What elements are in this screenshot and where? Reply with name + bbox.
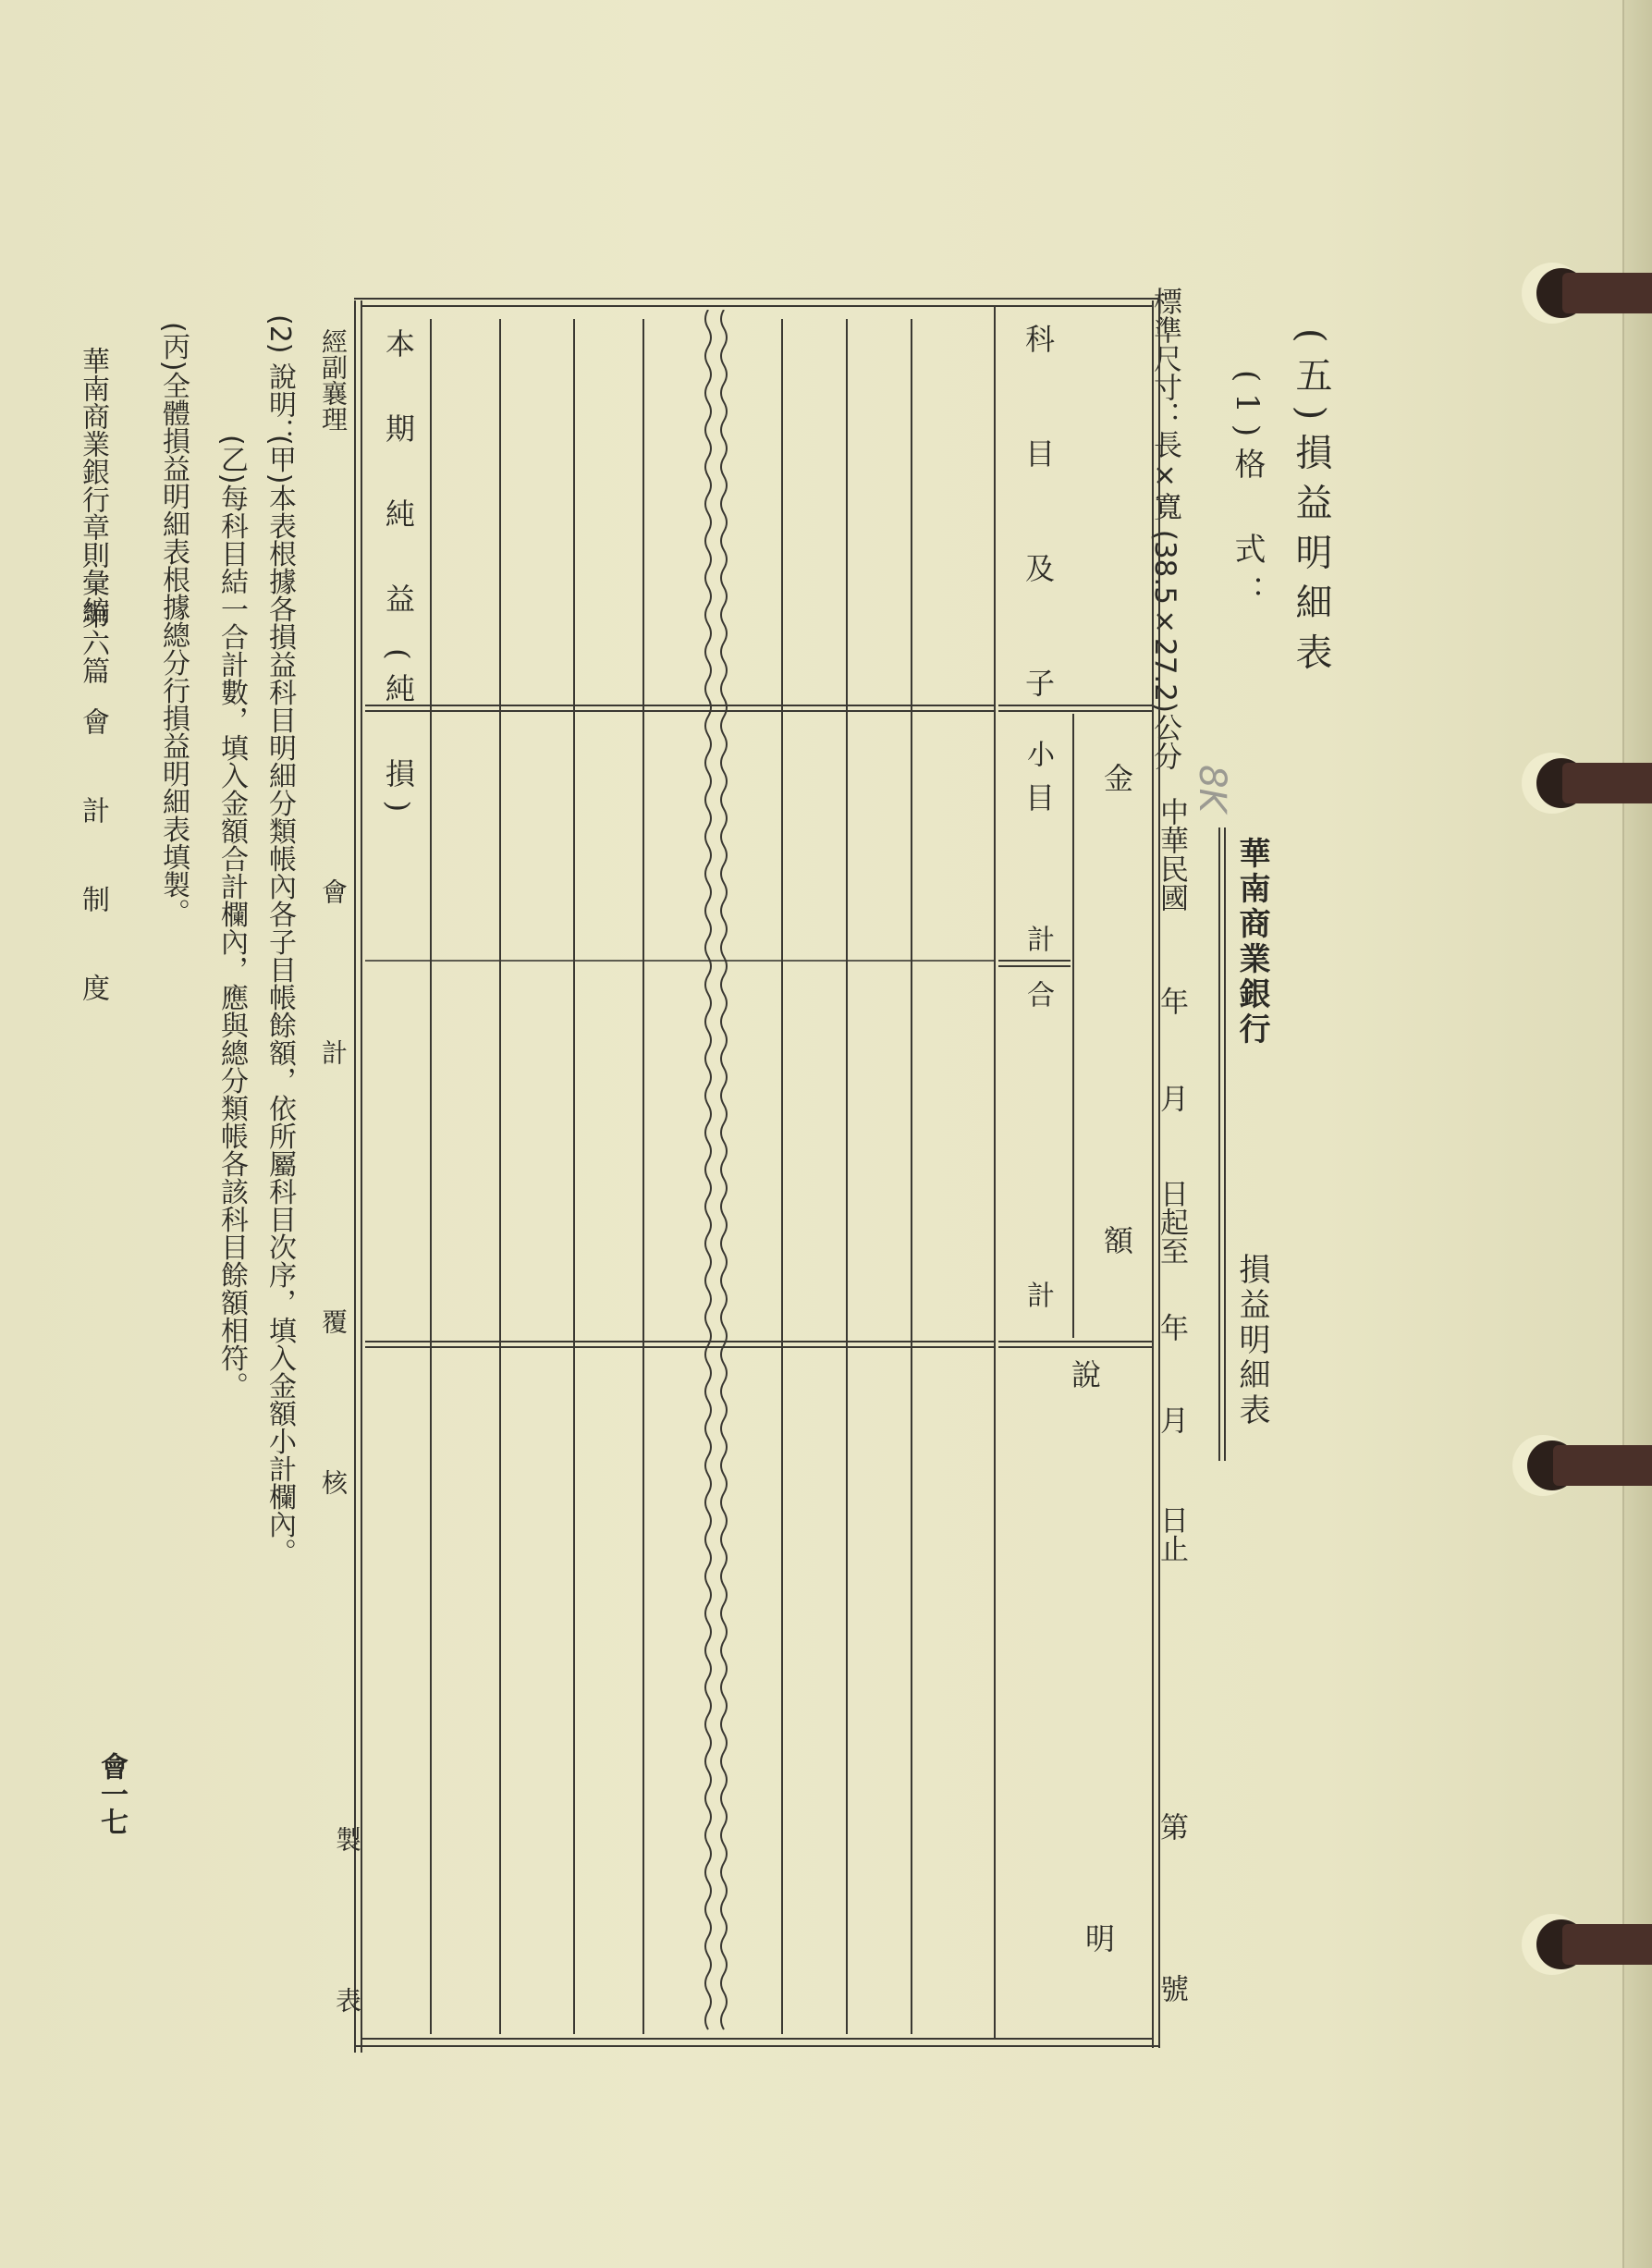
column-header-subtotal: 計	[1017, 925, 1058, 952]
title-underline	[1224, 828, 1226, 1461]
column-header-remarks: 明	[1077, 1923, 1120, 1953]
standard-size-label: 標準尺寸：長×寬 (38.5×27.2)公分	[1144, 287, 1186, 770]
column-header-total: 合	[1017, 980, 1058, 1008]
date-era: 中華民國	[1151, 797, 1193, 912]
date-month-from: 月	[1151, 1084, 1193, 1112]
pencil-note: 8K	[1191, 765, 1233, 813]
signature-review: 覆 核	[314, 1308, 351, 1523]
signature-manager: 經副襄理	[314, 328, 351, 432]
note-item-c: (丙)全體損益明細表根據總分行損益明細表填製。	[153, 322, 193, 926]
book-title: 華南商業銀行章則彙編	[72, 347, 113, 624]
column-header-amount: 額	[1095, 1225, 1138, 1255]
notes-label: (2) 說明：	[259, 314, 300, 446]
date-year-from: 年	[1151, 987, 1193, 1015]
date-from-label: 日起至	[1151, 1179, 1193, 1265]
binding-cord	[1562, 1924, 1652, 1965]
date-month-to: 月	[1151, 1405, 1193, 1434]
section-heading: (五)損益明細表	[1285, 328, 1338, 682]
note-item-b: (乙)每科目結一合計數，填入金額合計欄內，應與總分類帳各該科目餘額相符。	[211, 435, 251, 1399]
column-header-amount: 金	[1095, 763, 1138, 792]
form-title: 損益明細表	[1230, 1253, 1275, 1428]
wavy-break-icon	[701, 310, 716, 2039]
page-number: 會一七	[91, 1752, 131, 1835]
wavy-break-icon	[716, 310, 731, 2039]
date-to-label: 日止	[1151, 1505, 1193, 1563]
title-underline	[1218, 828, 1220, 1461]
signature-accounting: 會 計	[314, 878, 351, 1093]
number-label-prefix: 第	[1151, 1812, 1193, 1841]
number-label-suffix: 號	[1151, 1974, 1193, 2003]
column-header-total: 計	[1017, 1281, 1058, 1308]
net-profit-loss-row-label: 本 期 純 益 (純 損)	[377, 328, 420, 825]
note-item-a: (甲)本表根據各損益科目明細分類帳內各子目帳餘額，依所屬科目次序，填入金額小計欄…	[259, 435, 300, 1565]
column-header-subtotal: 小	[1017, 740, 1058, 767]
book-part: 第六篇	[72, 601, 113, 684]
section-subheading: (1)格 式：	[1225, 370, 1270, 618]
binding-cord	[1553, 1445, 1652, 1486]
bank-name: 華南商業銀行	[1230, 837, 1275, 1048]
binding-cord	[1562, 273, 1652, 313]
column-header-remarks: 說	[1063, 1359, 1106, 1389]
signature-prepared: 製 表	[328, 1826, 365, 2041]
book-chapter: 會 計 制 度	[72, 707, 113, 1018]
binding-cord	[1562, 763, 1652, 803]
date-year-to: 年	[1151, 1313, 1193, 1342]
